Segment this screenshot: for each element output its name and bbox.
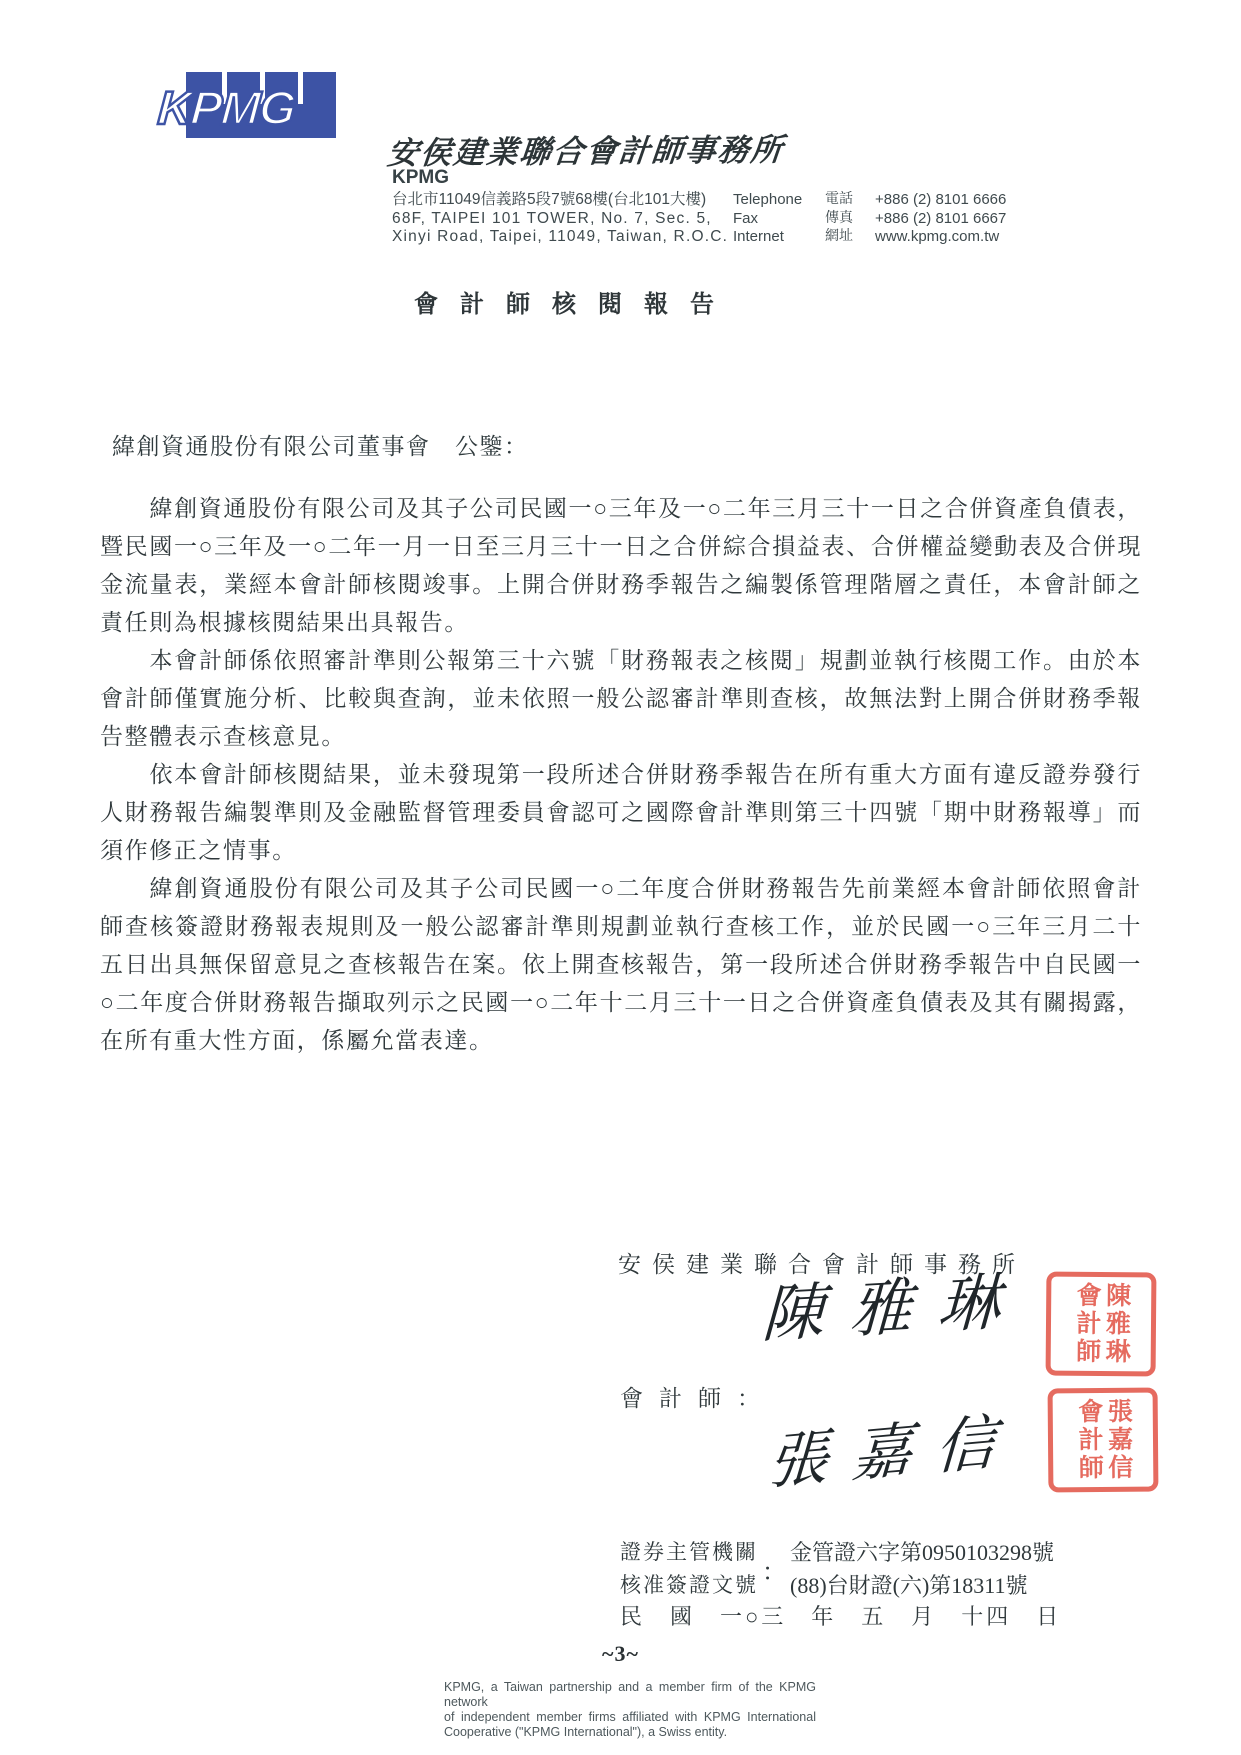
fax-value: +886 (2) 8101 6667 bbox=[875, 210, 1006, 229]
internet-label-zh: 網址 bbox=[825, 228, 875, 247]
contact-info: Telephone 電話 +886 (2) 8101 6666 Fax 傳真 +… bbox=[733, 191, 1006, 247]
address-line-zh: 台北市11049信義路5段7號68樓(台北101大樓) bbox=[392, 191, 728, 210]
report-title: 會計師核閱報告 bbox=[55, 284, 1095, 319]
kpmg-logo-gap bbox=[298, 72, 303, 104]
internet-value: www.kpmg.com.tw bbox=[875, 228, 999, 247]
disclaimer-line-3: Cooperative ("KPMG International"), a Sw… bbox=[444, 1725, 816, 1740]
footer-disclaimer: KPMG, a Taiwan partnership and a member … bbox=[444, 1680, 816, 1740]
approval-colon: ： bbox=[762, 1552, 786, 1587]
fax-label-zh: 傳真 bbox=[825, 210, 875, 229]
report-paragraph-1: 緯創資通股份有限公司及其子公司民國一○三年及一○二年三月三十一日之合併資產負債表… bbox=[100, 490, 1142, 642]
telephone-value: +886 (2) 8101 6666 bbox=[875, 191, 1006, 210]
disclaimer-line-1: KPMG, a Taiwan partnership and a member … bbox=[444, 1680, 816, 1710]
seal-title-column: 會計師 bbox=[1071, 1282, 1101, 1366]
approval-number-1: 金管證六字第0950103298號 bbox=[790, 1536, 1054, 1569]
page-number: ~3~ bbox=[0, 1641, 1241, 1667]
seal-title-column: 會計師 bbox=[1073, 1398, 1103, 1482]
report-paragraph-3: 依本會計師核閱結果，並未發現第一段所述合併財務季報告在所有重大方面有違反證券發行… bbox=[100, 756, 1142, 870]
report-paragraph-4: 緯創資通股份有限公司及其子公司民國一○二年度合併財務報告先前業經本會計師依照會計… bbox=[100, 870, 1142, 1060]
telephone-label-zh: 電話 bbox=[825, 191, 875, 210]
firm-name-calligraphy: 安侯建業聯合會計師事務所 bbox=[386, 124, 787, 172]
address-line-en-2: Xinyi Road, Taipei, 11049, Taiwan, R.O.C… bbox=[392, 228, 728, 247]
seal-name-column: 陳雅琳 bbox=[1101, 1282, 1131, 1366]
approval-block: 證券主管機關 核准簽證文號 ： 金管證六字第0950103298號 (88)台財… bbox=[620, 1536, 1054, 1602]
office-address: 台北市11049信義路5段7號68樓(台北101大樓) 68F, TAIPEI … bbox=[392, 191, 728, 247]
seal-name-column: 張嘉信 bbox=[1103, 1398, 1133, 1482]
report-body: 緯創資通股份有限公司及其子公司民國一○三年及一○二年三月三十一日之合併資產負債表… bbox=[100, 490, 1142, 1060]
approval-values: 金管證六字第0950103298號 (88)台財證(六)第18311號 bbox=[790, 1536, 1054, 1602]
handwritten-signature-2: 張嘉信 bbox=[766, 1393, 1022, 1502]
cpa-seal-2: 張嘉信 會計師 bbox=[1048, 1388, 1159, 1493]
firm-name-en: KPMG bbox=[392, 167, 449, 189]
review-report-page: KPMG 安侯建業聯合會計師事務所 KPMG 台北市11049信義路5段7號68… bbox=[0, 0, 1241, 1755]
approval-number-2: (88)台財證(六)第18311號 bbox=[790, 1569, 1054, 1602]
contact-row-fax: Fax 傳真 +886 (2) 8101 6667 bbox=[733, 210, 1006, 229]
telephone-label-en: Telephone bbox=[733, 191, 825, 210]
approval-label-line-1: 證券主管機關 bbox=[620, 1536, 758, 1569]
disclaimer-line-2: of independent member firms affiliated w… bbox=[444, 1710, 816, 1725]
cpa-seal-1-text: 陳雅琳 會計師 bbox=[1071, 1282, 1131, 1367]
kpmg-logo: KPMG bbox=[162, 72, 342, 144]
approval-labels: 證券主管機關 核准簽證文號 bbox=[620, 1536, 758, 1602]
approval-label-line-2: 核准簽證文號 bbox=[620, 1569, 758, 1602]
contact-row-internet: Internet 網址 www.kpmg.com.tw bbox=[733, 228, 1006, 247]
cpa-seal-1: 陳雅琳 會計師 bbox=[1046, 1272, 1157, 1377]
fax-label-en: Fax bbox=[733, 210, 825, 229]
addressee-line: 緯創資通股份有限公司董事會 公鑒： bbox=[112, 428, 529, 461]
contact-row-telephone: Telephone 電話 +886 (2) 8101 6666 bbox=[733, 191, 1006, 210]
report-date: 民 國 一○三 年 五 月 十四 日 bbox=[620, 1600, 1061, 1631]
kpmg-logo-wordmark: KPMG bbox=[156, 84, 296, 131]
cpa-seal-2-text: 張嘉信 會計師 bbox=[1073, 1398, 1133, 1483]
handwritten-signature-1: 陳雅琳 bbox=[761, 1251, 1028, 1354]
internet-label-en: Internet bbox=[733, 228, 825, 247]
address-line-en-1: 68F, TAIPEI 101 TOWER, No. 7, Sec. 5, bbox=[392, 210, 728, 229]
report-paragraph-2: 本會計師係依照審計準則公報第三十六號「財務報表之核閱」規劃並執行核閱工作。由於本… bbox=[100, 642, 1142, 756]
accountant-label: 會計師： bbox=[620, 1380, 776, 1413]
